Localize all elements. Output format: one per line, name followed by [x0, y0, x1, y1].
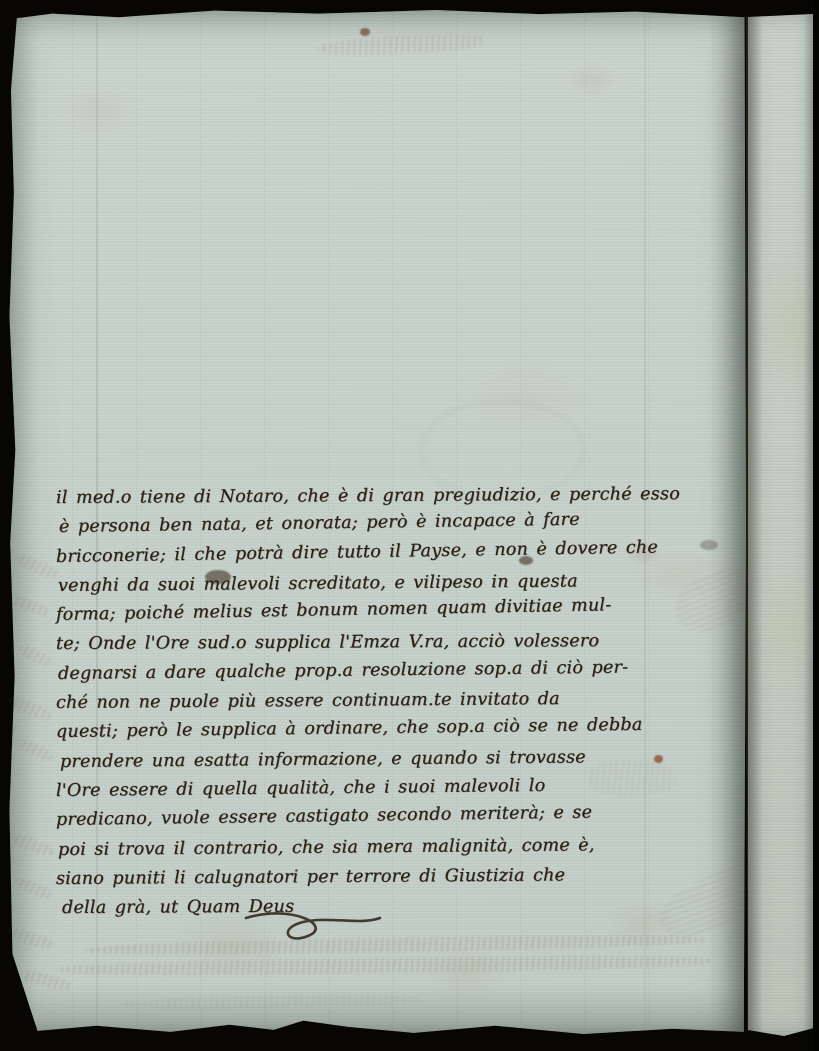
manuscript-line: siano puniti li calugnatori per terrore …	[56, 860, 750, 894]
pen-flourish	[238, 908, 388, 958]
letter-text-block: il med.o tiene di Notaro, che è di gran …	[56, 484, 750, 923]
ink-blot	[360, 28, 370, 36]
adjacent-page-edge	[746, 14, 815, 1036]
ink-blot	[519, 556, 533, 565]
scan-background-strip	[813, 0, 819, 1051]
manuscript-scan: il med.o tiene di Notaro, che è di gran …	[0, 0, 819, 1051]
ink-blot	[205, 570, 231, 584]
manuscript-line: della grà, ut Quam Deus	[62, 891, 750, 924]
manuscript-line: poi si trova il contrario, che sia mera …	[58, 830, 750, 865]
ink-blot	[700, 540, 718, 550]
ink-blot	[654, 755, 663, 763]
